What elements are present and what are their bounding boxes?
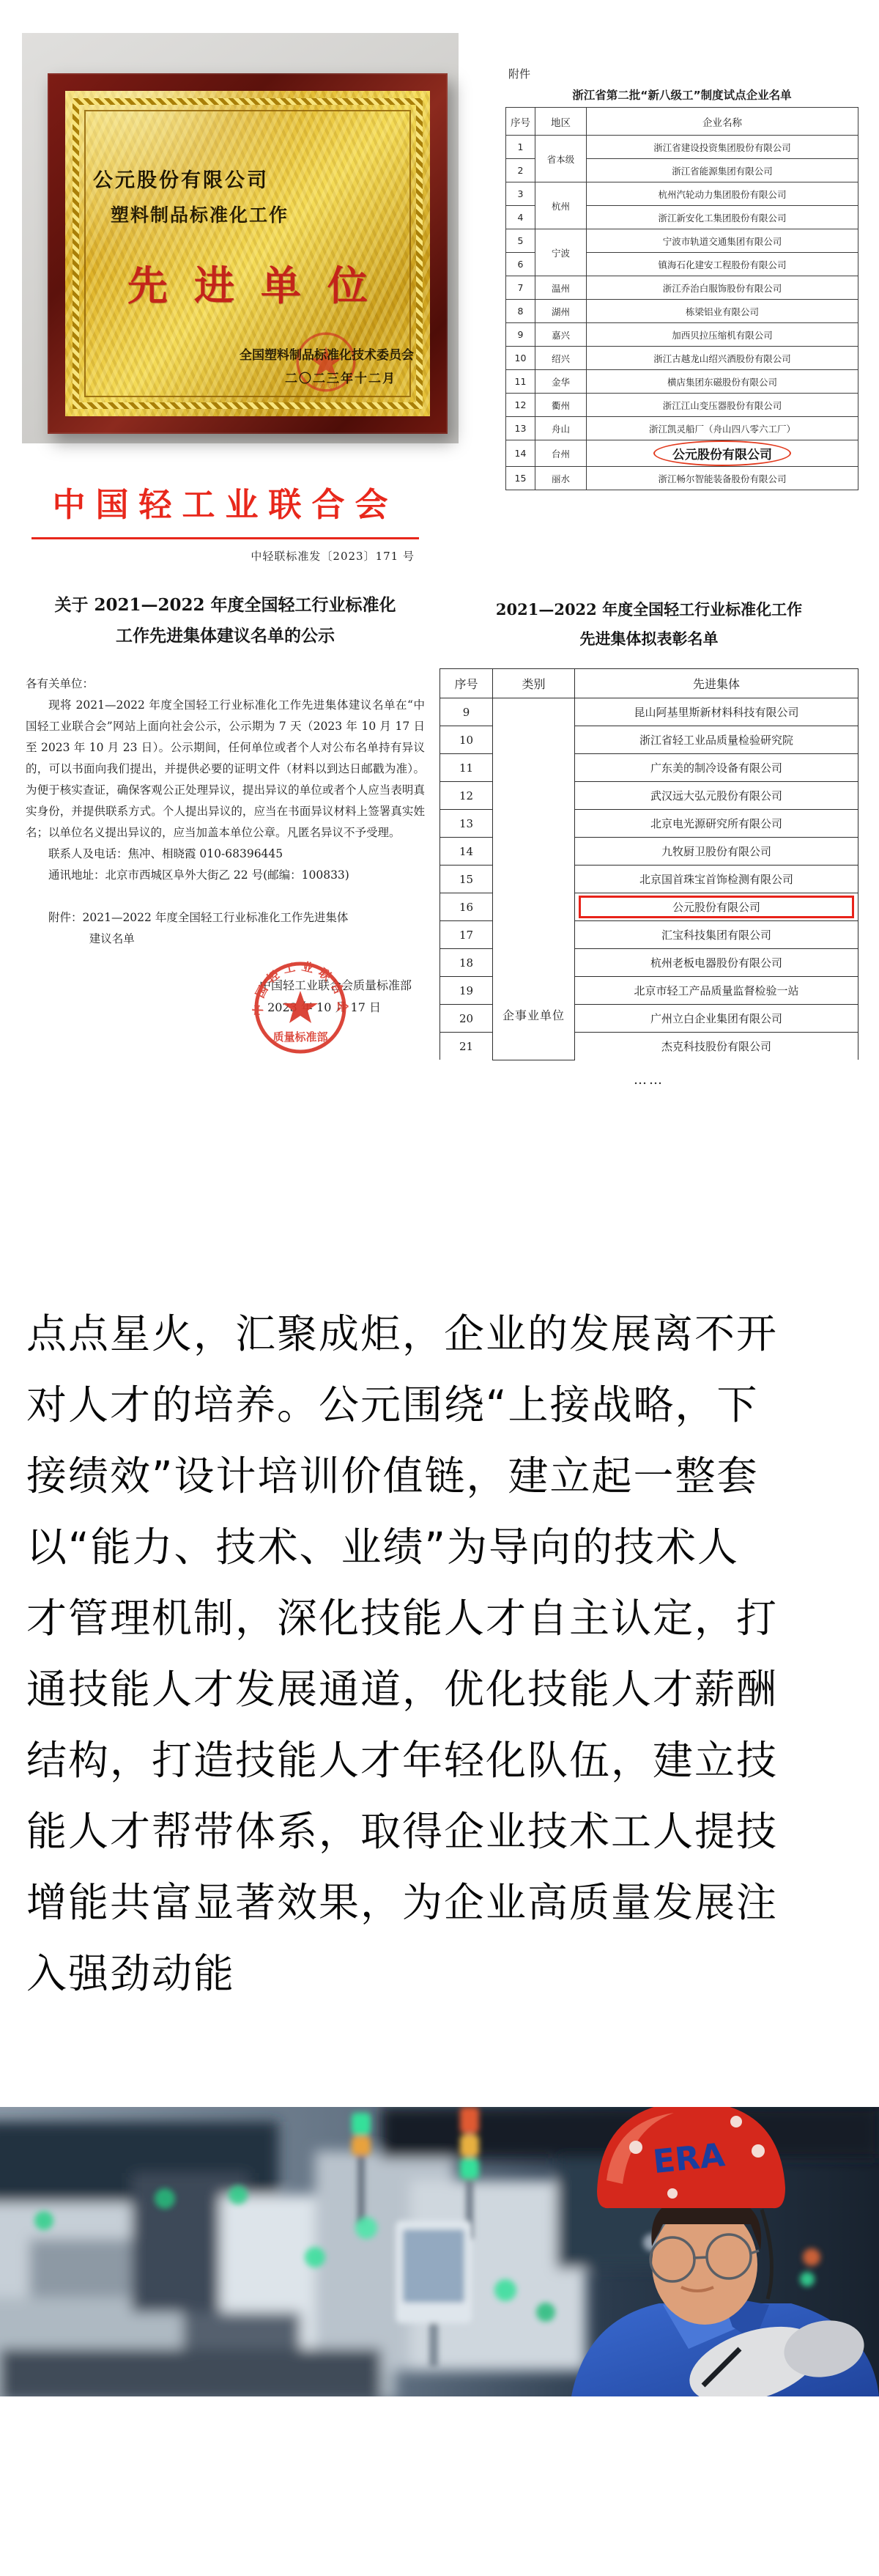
narrative-line: 才管理机制，深化技能人才自主认定，打 <box>26 1583 869 1654</box>
pilot-cell-region: 金华 <box>535 370 587 394</box>
pilot-col-no: 序号 <box>506 108 535 136</box>
commend-col-category: 类别 <box>493 669 575 698</box>
commend-cell-category: 企事业单位 <box>493 698 575 1060</box>
commend-cell-no: 21 <box>440 1033 493 1060</box>
pilot-cell-region: 宁波 <box>535 229 587 276</box>
pilot-cell-no: 15 <box>506 467 535 490</box>
narrative-line: 对人才的培养。公元围绕“上接战略，下 <box>26 1370 869 1441</box>
commend-cell-company: 汇宝科技集团有限公司 <box>575 921 858 949</box>
pilot-cell-no: 10 <box>506 347 535 370</box>
plaque-date: 二〇二三年十二月 <box>285 368 396 386</box>
letter-salutation: 各有关单位： <box>26 673 425 695</box>
letter-title-line1: 关于 2021—2022 年度全国轻工行业标准化 <box>26 590 425 621</box>
plaque-gold-panel: 公元股份有限公司 塑料制品标准化工作 先进单位 业务专用 全国塑料制品标准化技术… <box>65 91 430 416</box>
letter-paragraph: 现将 2021—2022 年度全国轻工行业标准化工作先进集体建议名单在“中国轻工… <box>26 695 425 844</box>
list-truncation-ellipsis: …… <box>439 1072 858 1088</box>
pilot-cell-region: 舟山 <box>535 417 587 440</box>
letter-attachment-line1: 附件：2021—2022 年度全国轻工行业标准化工作先进集体 <box>26 907 425 929</box>
pilot-cell-company: 镇海石化建安工程股份有限公司 <box>587 253 858 276</box>
plaque-issuer: 全国塑料制品标准化技术委员会 <box>240 344 414 363</box>
commend-cell-no: 16 <box>440 893 493 921</box>
pilot-cell-company: 浙江江山变压器股份有限公司 <box>587 394 858 417</box>
article-page: 公元股份有限公司 塑料制品标准化工作 先进单位 业务专用 全国塑料制品标准化技术… <box>0 0 879 2576</box>
letter-sign-date: 2023 年 10 月 17 日 <box>26 997 425 1019</box>
helmet-brand-text: ERA <box>651 2136 727 2181</box>
pilot-table-row: 14台州公元股份有限公司 <box>506 440 858 467</box>
commend-cell-no: 11 <box>440 754 493 782</box>
pilot-cell-company: 浙江新安化工集团股份有限公司 <box>587 206 858 229</box>
pilot-cell-no: 3 <box>506 182 535 206</box>
letter-contact: 联系人及电话：焦冲、相晓霞 010-68396445 <box>26 844 425 865</box>
pilot-cell-company: 公元股份有限公司 <box>587 440 858 467</box>
factory-scene-illustration: ERA <box>0 2107 879 2396</box>
letter-attachment-line2: 建议名单 <box>89 929 425 950</box>
narrative-line: 以“能力、技术、业绩”为导向的技术人 <box>26 1512 869 1583</box>
commend-cell-no: 13 <box>440 810 493 838</box>
pilot-table-row: 7温州浙江乔治白服饰股份有限公司 <box>506 276 858 300</box>
pilot-cell-region: 绍兴 <box>535 347 587 370</box>
commend-cell-no: 12 <box>440 782 493 810</box>
seal-bottom-text: 质量标准部 <box>272 1030 327 1044</box>
commend-cell-company: 九牧厨卫股份有限公司 <box>575 838 858 866</box>
pilot-cell-no: 5 <box>506 229 535 253</box>
commend-cell-company: 武汉远大弘元股份有限公司 <box>575 782 858 810</box>
pilot-cell-region: 衢州 <box>535 394 587 417</box>
highlighted-company-box <box>579 896 854 918</box>
pilot-table-row: 8湖州栋梁铝业有限公司 <box>506 300 858 323</box>
narrative-line: 增能共富显著效果，为企业高质量发展注 <box>26 1867 869 1938</box>
narrative-text-block: 点点星火，汇聚成炬，企业的发展离不开对人才的培养。公元围绕“上接战略，下接绩效”… <box>26 1299 869 2009</box>
letter-body: 各有关单位： 现将 2021—2022 年度全国轻工行业标准化工作先进集体建议名… <box>26 673 425 950</box>
commend-cell-company: 北京电光源研究所有限公司 <box>575 810 858 838</box>
pilot-cell-region: 嘉兴 <box>535 323 587 347</box>
pilot-cell-no: 13 <box>506 417 535 440</box>
commend-cell-company: 北京国首珠宝首饰检测有限公司 <box>575 866 858 893</box>
pilot-table-row: 1省本级浙江省建设投资集团股份有限公司 <box>506 136 858 159</box>
pilot-cell-no: 4 <box>506 206 535 229</box>
commend-cell-no: 17 <box>440 921 493 949</box>
pilot-cell-region: 湖州 <box>535 300 587 323</box>
narrative-line: 能人才帮带体系，取得企业技术工人提技 <box>26 1796 869 1867</box>
pilot-table-row: 5宁波宁波市轨道交通集团有限公司 <box>506 229 858 253</box>
commend-cell-company: 广州立白企业集团有限公司 <box>575 1005 858 1033</box>
commend-cell-company: 昆山阿基里斯新材料科技有限公司 <box>575 698 858 726</box>
pilot-col-company: 企业名称 <box>587 108 858 136</box>
letter-signature-block: 中国轻工业联合会质量标准部 2023 年 10 月 17 日 中国轻工业联合会 … <box>26 975 425 1085</box>
commend-title-line2: 先进集体拟表彰名单 <box>439 624 858 654</box>
plaque-company-name: 公元股份有限公司 <box>93 164 269 193</box>
pilot-cell-company: 杭州汽轮动力集团股份有限公司 <box>587 182 858 206</box>
commend-cell-company: 北京市轻工产品质量监督检验一站 <box>575 977 858 1005</box>
narrative-line: 点点星火，汇聚成炬，企业的发展离不开 <box>26 1299 869 1370</box>
pilot-cell-company: 加西贝拉压缩机有限公司 <box>587 323 858 347</box>
commend-cell-company: 杭州老板电器股份有限公司 <box>575 949 858 977</box>
letter-address: 通讯地址：北京市西城区阜外大街乙 22 号(邮编：100833) <box>26 865 425 886</box>
pilot-cell-company: 浙江凯灵船厂（舟山四八零六工厂） <box>587 417 858 440</box>
letter-doc-number: 中轻联标准发〔2023〕171 号 <box>26 548 425 564</box>
pilot-cell-region: 台州 <box>535 440 587 467</box>
plaque-award-title: 先进单位 <box>65 254 430 311</box>
plaque-photo: 公元股份有限公司 塑料制品标准化工作 先进单位 业务专用 全国塑料制品标准化技术… <box>22 33 459 443</box>
quality-standard-seal-icon: 中国轻工业联合会 质量标准部 <box>251 959 349 1057</box>
pilot-cell-region: 温州 <box>535 276 587 300</box>
letter-title: 关于 2021—2022 年度全国轻工行业标准化 工作先进集体建议名单的公示 <box>26 590 425 652</box>
pilot-cell-no: 14 <box>506 440 535 467</box>
commend-cell-company: 广东美的制冷设备有限公司 <box>575 754 858 782</box>
commend-cell-company: 公元股份有限公司 <box>575 893 858 921</box>
narrative-line: 结构，打造技能人才年轻化队伍，建立技 <box>26 1725 869 1796</box>
commend-title-line1: 2021—2022 年度全国轻工行业标准化工作 <box>439 595 858 624</box>
commend-cell-no: 19 <box>440 977 493 1005</box>
pilot-table-row: 10绍兴浙江古越龙山绍兴酒股份有限公司 <box>506 347 858 370</box>
letter-signer: 中国轻工业联合会质量标准部 <box>26 975 425 997</box>
narrative-line: 接绩效”设计培训价值链，建立起一整套 <box>26 1441 869 1512</box>
pilot-table-row: 11金华横店集团东磁股份有限公司 <box>506 370 858 394</box>
commend-cell-no: 10 <box>440 726 493 754</box>
pilot-table-row: 15丽水浙江畅尔智能装备股份有限公司 <box>506 467 858 490</box>
commend-cell-no: 18 <box>440 949 493 977</box>
pilot-cell-company: 浙江古越龙山绍兴酒股份有限公司 <box>587 347 858 370</box>
commend-cell-no: 15 <box>440 866 493 893</box>
commend-table: 序号 类别 先进集体 9企事业单位昆山阿基里斯新材料科技有限公司10浙江省轻工业… <box>439 668 858 1060</box>
pilot-table-row: 13舟山浙江凯灵船厂（舟山四八零六工厂） <box>506 417 858 440</box>
pilot-cell-region: 杭州 <box>535 182 587 229</box>
commend-table-header-row: 序号 类别 先进集体 <box>440 669 858 698</box>
letter-title-line2: 工作先进集体建议名单的公示 <box>26 621 425 652</box>
narrative-line: 通技能人才发展通道，优化技能人才薪酬 <box>26 1654 869 1725</box>
pilot-cell-region: 省本级 <box>535 136 587 182</box>
pilot-cell-company: 浙江省能源集团有限公司 <box>587 159 858 182</box>
pilot-cell-region: 丽水 <box>535 467 587 490</box>
pilot-cell-company: 浙江乔治白服饰股份有限公司 <box>587 276 858 300</box>
plaque-subtitle: 塑料制品标准化工作 <box>111 201 289 227</box>
pilot-col-region: 地区 <box>535 108 587 136</box>
pilot-cell-no: 12 <box>506 394 535 417</box>
pilot-cell-company: 浙江省建设投资集团股份有限公司 <box>587 136 858 159</box>
pilot-cell-company: 横店集团东磁股份有限公司 <box>587 370 858 394</box>
commend-title: 2021—2022 年度全国轻工行业标准化工作 先进集体拟表彰名单 <box>439 595 858 654</box>
official-letter: 中国轻工业联合会 中轻联标准发〔2023〕171 号 关于 2021—2022 … <box>26 478 425 1085</box>
commend-col-group: 先进集体 <box>575 669 858 698</box>
commend-cell-company: 浙江省轻工业品质量检验研究院 <box>575 726 858 754</box>
pilot-table-header-row: 序号 地区 企业名称 <box>506 108 858 136</box>
letter-org-header: 中国轻工业联合会 <box>26 478 425 525</box>
seal-star-icon <box>283 991 318 1023</box>
commend-cell-no: 9 <box>440 698 493 726</box>
pilot-cell-company: 宁波市轨道交通集团有限公司 <box>587 229 858 253</box>
pilot-cell-no: 9 <box>506 323 535 347</box>
commend-col-no: 序号 <box>440 669 493 698</box>
letter-red-rule <box>31 537 419 539</box>
narrative-line: 入强劲动能 <box>26 1938 869 2009</box>
pilot-table-row: 3杭州杭州汽轮动力集团股份有限公司 <box>506 182 858 206</box>
factory-worker-photo: ERA <box>0 2107 879 2396</box>
pilot-table-title: 浙江省第二批“新八级工”制度试点企业名单 <box>505 86 858 103</box>
attachment-label: 附件 <box>508 66 858 81</box>
commend-table-row: 9企事业单位昆山阿基里斯新材料科技有限公司 <box>440 698 858 726</box>
pilot-cell-no: 2 <box>506 159 535 182</box>
commendation-list: 2021—2022 年度全国轻工行业标准化工作 先进集体拟表彰名单 序号 类别 … <box>439 595 858 1088</box>
pilot-enterprise-list: 附件 浙江省第二批“新八级工”制度试点企业名单 序号 地区 企业名称 1省本级浙… <box>505 66 858 490</box>
pilot-cell-no: 1 <box>506 136 535 159</box>
commend-cell-no: 20 <box>440 1005 493 1033</box>
highlighted-company-oval: 公元股份有限公司 <box>653 440 791 466</box>
pilot-cell-no: 8 <box>506 300 535 323</box>
pilot-table: 序号 地区 企业名称 1省本级浙江省建设投资集团股份有限公司2浙江省能源集团有限… <box>505 107 858 490</box>
pilot-table-row: 12衢州浙江江山变压器股份有限公司 <box>506 394 858 417</box>
pilot-cell-no: 6 <box>506 253 535 276</box>
pilot-cell-company: 浙江畅尔智能装备股份有限公司 <box>587 467 858 490</box>
plaque-wood-frame: 公元股份有限公司 塑料制品标准化工作 先进单位 业务专用 全国塑料制品标准化技术… <box>48 73 448 434</box>
commend-cell-company: 杰克科技股份有限公司 <box>575 1033 858 1060</box>
pilot-table-row: 9嘉兴加西贝拉压缩机有限公司 <box>506 323 858 347</box>
pilot-cell-no: 7 <box>506 276 535 300</box>
commend-cell-no: 14 <box>440 838 493 866</box>
pilot-cell-company: 栋梁铝业有限公司 <box>587 300 858 323</box>
pilot-cell-no: 11 <box>506 370 535 394</box>
